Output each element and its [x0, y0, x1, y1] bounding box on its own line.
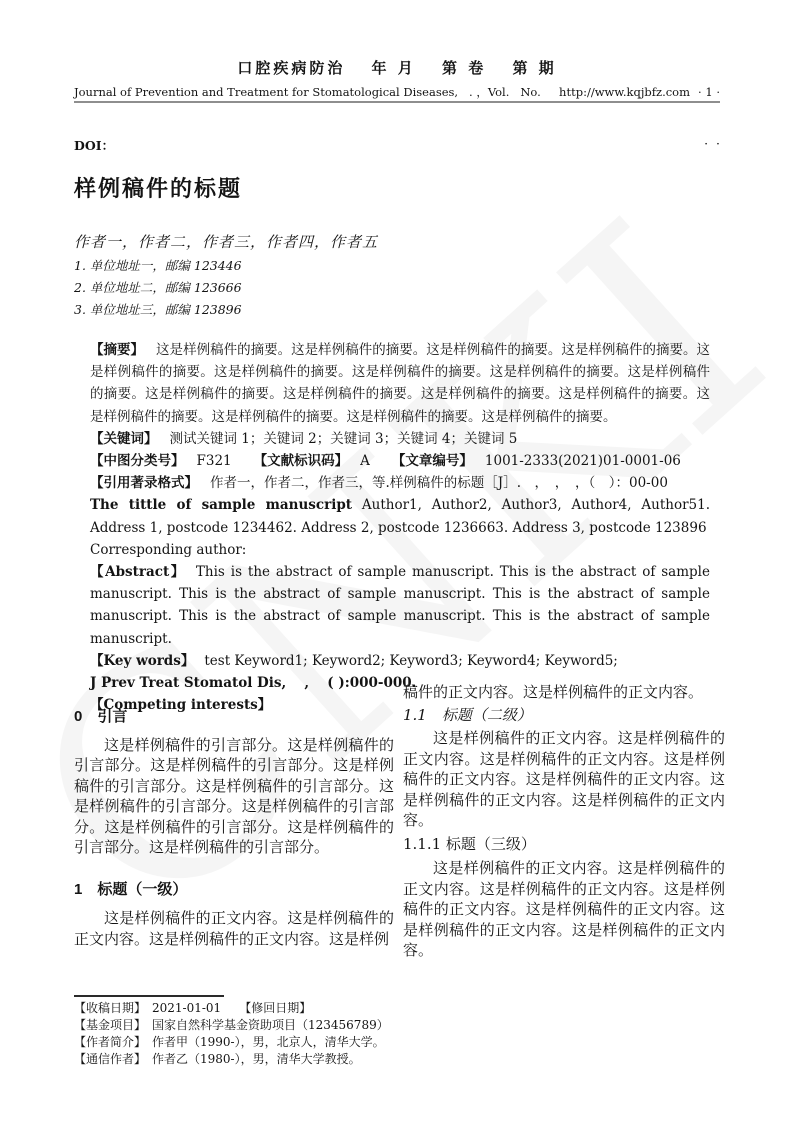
article-title: 样例稿件的标题 [74, 172, 720, 203]
keywords-zh-label: 【关键词】 [90, 431, 158, 446]
keywords-zh: 【关键词】测试关键词 1；关键词 2；关键词 3；关键词 4；关键词 5 [90, 428, 710, 450]
page-dots: · · [704, 136, 720, 154]
document-code-value: A [360, 453, 370, 469]
body-column-right: 稿件的正文内容。这是样例稿件的正文内容。 1.1 标题（二级） 这是样例稿件的正… [403, 682, 725, 960]
journal-name-en: Journal of Prevention and Treatment for … [74, 84, 690, 100]
abstract-zh-label: 【摘要】 [90, 342, 144, 357]
section-heading-1-1-1: 1.1.1 标题（三级） [403, 830, 725, 858]
abstract-zh-text: 这是样例稿件的摘要。这是样例稿件的摘要。这是样例稿件的摘要。这是样例稿件的摘要。… [90, 342, 710, 425]
citation-format: 【引用著录格式】作者一，作者二，作者三，等.样例稿件的标题［J］. ， ， ，（… [90, 472, 710, 494]
affiliation-list: 1. 单位地址一，邮编 123446 2. 单位地址二，邮编 123666 3.… [74, 255, 720, 321]
doi-label: DOI： [74, 136, 114, 154]
clc-row: 【中图分类号】F321【文献标识码】A【文章编号】1001-2333(2021)… [90, 450, 710, 472]
footnote-block: 【收稿日期】 2021-01-01 【修回日期】 【基金项目】 国家自然科学基金… [74, 1000, 534, 1068]
document-code-label: 【文献标识码】 [254, 453, 349, 468]
body-column-left: 0 引言 这是样例稿件的引言部分。这是样例稿件的引言部分。这是样例稿件的引言部分… [74, 690, 394, 949]
journal-header-row: Journal of Prevention and Treatment for … [74, 84, 720, 100]
section-heading-1: 1 标题（一级） [74, 857, 394, 908]
article-id-label: 【文章编号】 [392, 453, 473, 468]
keywords-en: 【Key words】test Keyword1; Keyword2; Keyw… [90, 650, 710, 672]
abstract-en-label: 【Abstract】 [90, 564, 186, 580]
footnote-divider [74, 995, 224, 997]
journal-name-zh: 口腔疾病防治 年 月 第 卷 第 期 [74, 57, 720, 78]
affiliation-item: 1. 单位地址一，邮编 123446 [74, 255, 720, 277]
affiliation-item: 2. 单位地址二，邮编 123666 [74, 277, 720, 299]
body-paragraph: 这是样例稿件的正文内容。这是样例稿件的正文内容。这是样例稿件的正文内容。这是样例… [403, 728, 725, 830]
citation-text: 作者一，作者二，作者三，等.样例稿件的标题［J］. ， ， ，（ ）：00-00 [210, 475, 668, 491]
abstract-en: 【Abstract】This is the abstract of sample… [90, 561, 710, 650]
funding-line: 【基金项目】 国家自然科学基金资助项目（123456789） [74, 1017, 534, 1034]
section-heading-0: 0 引言 [74, 690, 394, 735]
corresponding-author-line: Corresponding author: [90, 539, 710, 561]
english-title: The tittle of sample manuscript [90, 497, 352, 513]
keywords-zh-text: 测试关键词 1；关键词 2；关键词 3；关键词 4；关键词 5 [170, 431, 518, 447]
body-paragraph-continued: 稿件的正文内容。这是样例稿件的正文内容。 [403, 682, 725, 702]
abstract-zh: 【摘要】这是样例稿件的摘要。这是样例稿件的摘要。这是样例稿件的摘要。这是样例稿件… [90, 339, 710, 428]
page-number: · 1 · [698, 85, 720, 99]
citation-label: 【引用著录格式】 [90, 475, 198, 490]
corresponding-author-footnote: 【通信作者】 作者乙（1980-），男，清华大学教授。 [74, 1051, 534, 1068]
english-title-authors: The tittle of sample manuscript Author1,… [90, 494, 710, 538]
author-list: 作者一，作者二，作者三，作者四，作者五 [74, 231, 720, 252]
received-date-line: 【收稿日期】 2021-01-01 【修回日期】 [74, 1000, 534, 1017]
body-paragraph: 这是样例稿件的正文内容。这是样例稿件的正文内容。这是样例稿件的正文内容。这是样例… [403, 858, 725, 960]
clc-value: F321 [197, 453, 232, 469]
intro-paragraph: 这是样例稿件的引言部分。这是样例稿件的引言部分。这是样例稿件的引言部分。这是样例… [74, 735, 394, 857]
header-divider [74, 101, 720, 103]
doi-row: DOI： · · [74, 136, 720, 154]
clc-label: 【中图分类号】 [90, 453, 185, 468]
keywords-en-label: 【Key words】 [90, 653, 194, 669]
journal-page: CNKI 口腔疾病防治 年 月 第 卷 第 期 Journal of Preve… [0, 0, 794, 1123]
abstract-block: 【摘要】这是样例稿件的摘要。这是样例稿件的摘要。这是样例稿件的摘要。这是样例稿件… [90, 339, 710, 716]
section-heading-1-1: 1.1 标题（二级） [403, 702, 725, 728]
article-id-value: 1001-2333(2021)01-0001-06 [485, 453, 681, 469]
author-bio-line: 【作者简介】 作者甲（1990-），男，北京人，清华大学。 [74, 1034, 534, 1051]
affiliation-item: 3. 单位地址三，邮编 123896 [74, 299, 720, 321]
keywords-en-text: test Keyword1; Keyword2; Keyword3; Keywo… [204, 653, 618, 669]
body-paragraph: 这是样例稿件的正文内容。这是样例稿件的正文内容。这是样例稿件的正文内容。这是样例 [74, 908, 394, 949]
